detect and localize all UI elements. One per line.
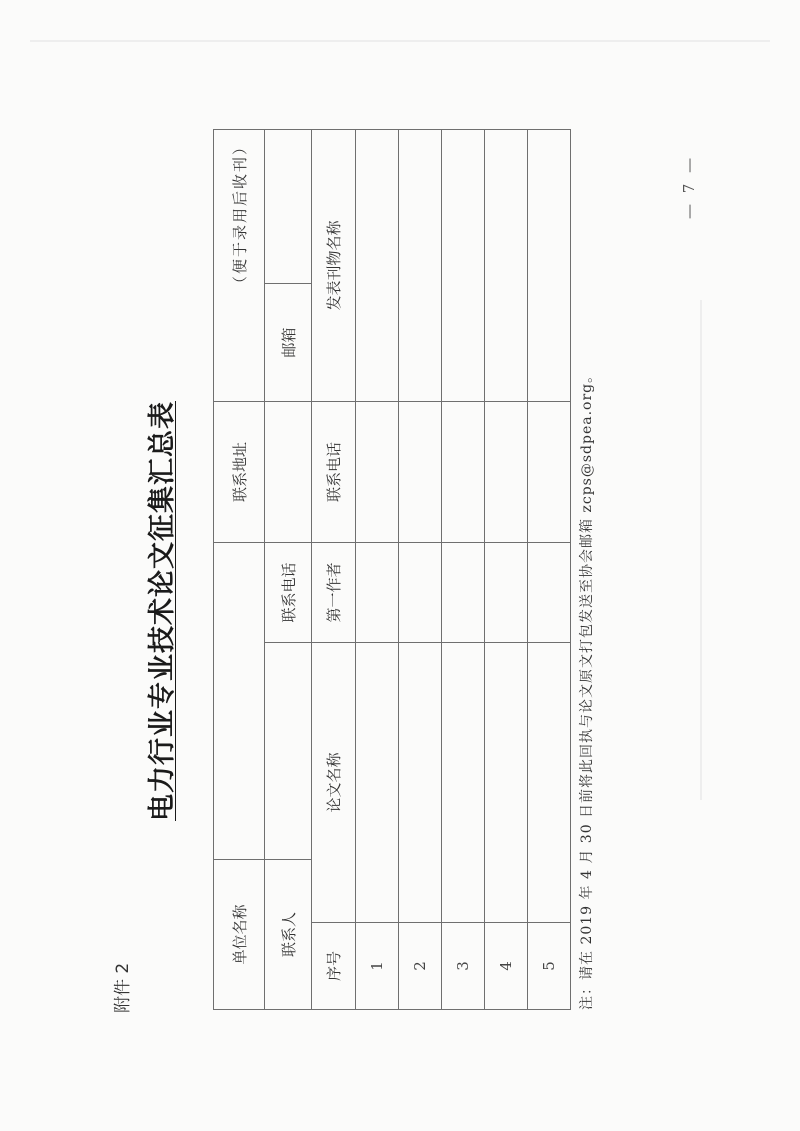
first-author-cell[interactable]	[442, 542, 485, 642]
paper-title-cell[interactable]	[442, 642, 485, 922]
phone-cell[interactable]	[399, 401, 442, 542]
row-number: 1	[356, 923, 399, 1010]
contact-person-field[interactable]	[265, 642, 312, 859]
row-number: 2	[399, 923, 442, 1010]
phone-cell[interactable]	[442, 401, 485, 542]
table-row: 3	[442, 129, 485, 1009]
paper-title-cell[interactable]	[399, 642, 442, 922]
journal-cell[interactable]	[528, 129, 571, 401]
contact-phone-field[interactable]	[265, 401, 312, 542]
row-number: 3	[442, 923, 485, 1010]
contact-person-label: 联系人	[265, 859, 312, 1009]
col-header-first-author: 第一作者	[312, 542, 356, 642]
header-row-unit: 单位名称 联系地址 （便于录用后收刊）	[214, 129, 265, 1009]
rotated-page: 附件 2 电力行业专业技术论文征集汇总表 单位名称 联系地址 （便于录用后收刊）…	[0, 0, 800, 1131]
contact-phone-label: 联系电话	[265, 542, 312, 642]
email-field[interactable]	[265, 129, 312, 283]
address-label: 联系地址	[214, 401, 265, 542]
page-number: — 7 —	[680, 155, 698, 219]
journal-cell[interactable]	[485, 129, 528, 401]
phone-cell[interactable]	[528, 401, 571, 542]
column-header-row: 序号 论文名称 第一作者 联系电话 发表刊物名称	[312, 129, 356, 1009]
email-label: 邮箱	[265, 283, 312, 401]
journal-cell[interactable]	[442, 129, 485, 401]
col-header-journal: 发表刊物名称	[312, 129, 356, 401]
row-number: 4	[485, 923, 528, 1010]
col-header-phone: 联系电话	[312, 401, 356, 542]
col-header-no: 序号	[312, 923, 356, 1010]
unit-name-label: 单位名称	[214, 859, 265, 1009]
table-row: 5	[528, 129, 571, 1009]
first-author-cell[interactable]	[485, 542, 528, 642]
paper-title-cell[interactable]	[528, 642, 571, 922]
attachment-label: 附件 2	[108, 963, 133, 1013]
paper-title-cell[interactable]	[485, 642, 528, 922]
submission-summary-table: 单位名称 联系地址 （便于录用后收刊） 联系人 联系电话 邮箱 序号 论文名称 …	[213, 129, 571, 1010]
table-row: 2	[399, 129, 442, 1009]
page-title: 电力行业专业技术论文征集汇总表	[140, 401, 179, 821]
first-author-cell[interactable]	[356, 542, 399, 642]
first-author-cell[interactable]	[528, 542, 571, 642]
paper-title-cell[interactable]	[356, 642, 399, 922]
phone-cell[interactable]	[356, 401, 399, 542]
first-author-cell[interactable]	[399, 542, 442, 642]
table-row: 1	[356, 129, 399, 1009]
col-header-title: 论文名称	[312, 642, 356, 922]
row-number: 5	[528, 923, 571, 1010]
address-field[interactable]: （便于录用后收刊）	[214, 129, 265, 401]
phone-cell[interactable]	[485, 401, 528, 542]
journal-cell[interactable]	[356, 129, 399, 401]
address-note: （便于录用后收刊）	[231, 138, 249, 291]
footnote: 注：请在 2019 年 4 月 30 日前将此回执与论文原文打包发送至协会邮箱 …	[576, 368, 596, 1010]
header-row-contact: 联系人 联系电话 邮箱	[265, 129, 312, 1009]
table-row: 4	[485, 129, 528, 1009]
journal-cell[interactable]	[399, 129, 442, 401]
unit-name-field[interactable]	[214, 542, 265, 859]
